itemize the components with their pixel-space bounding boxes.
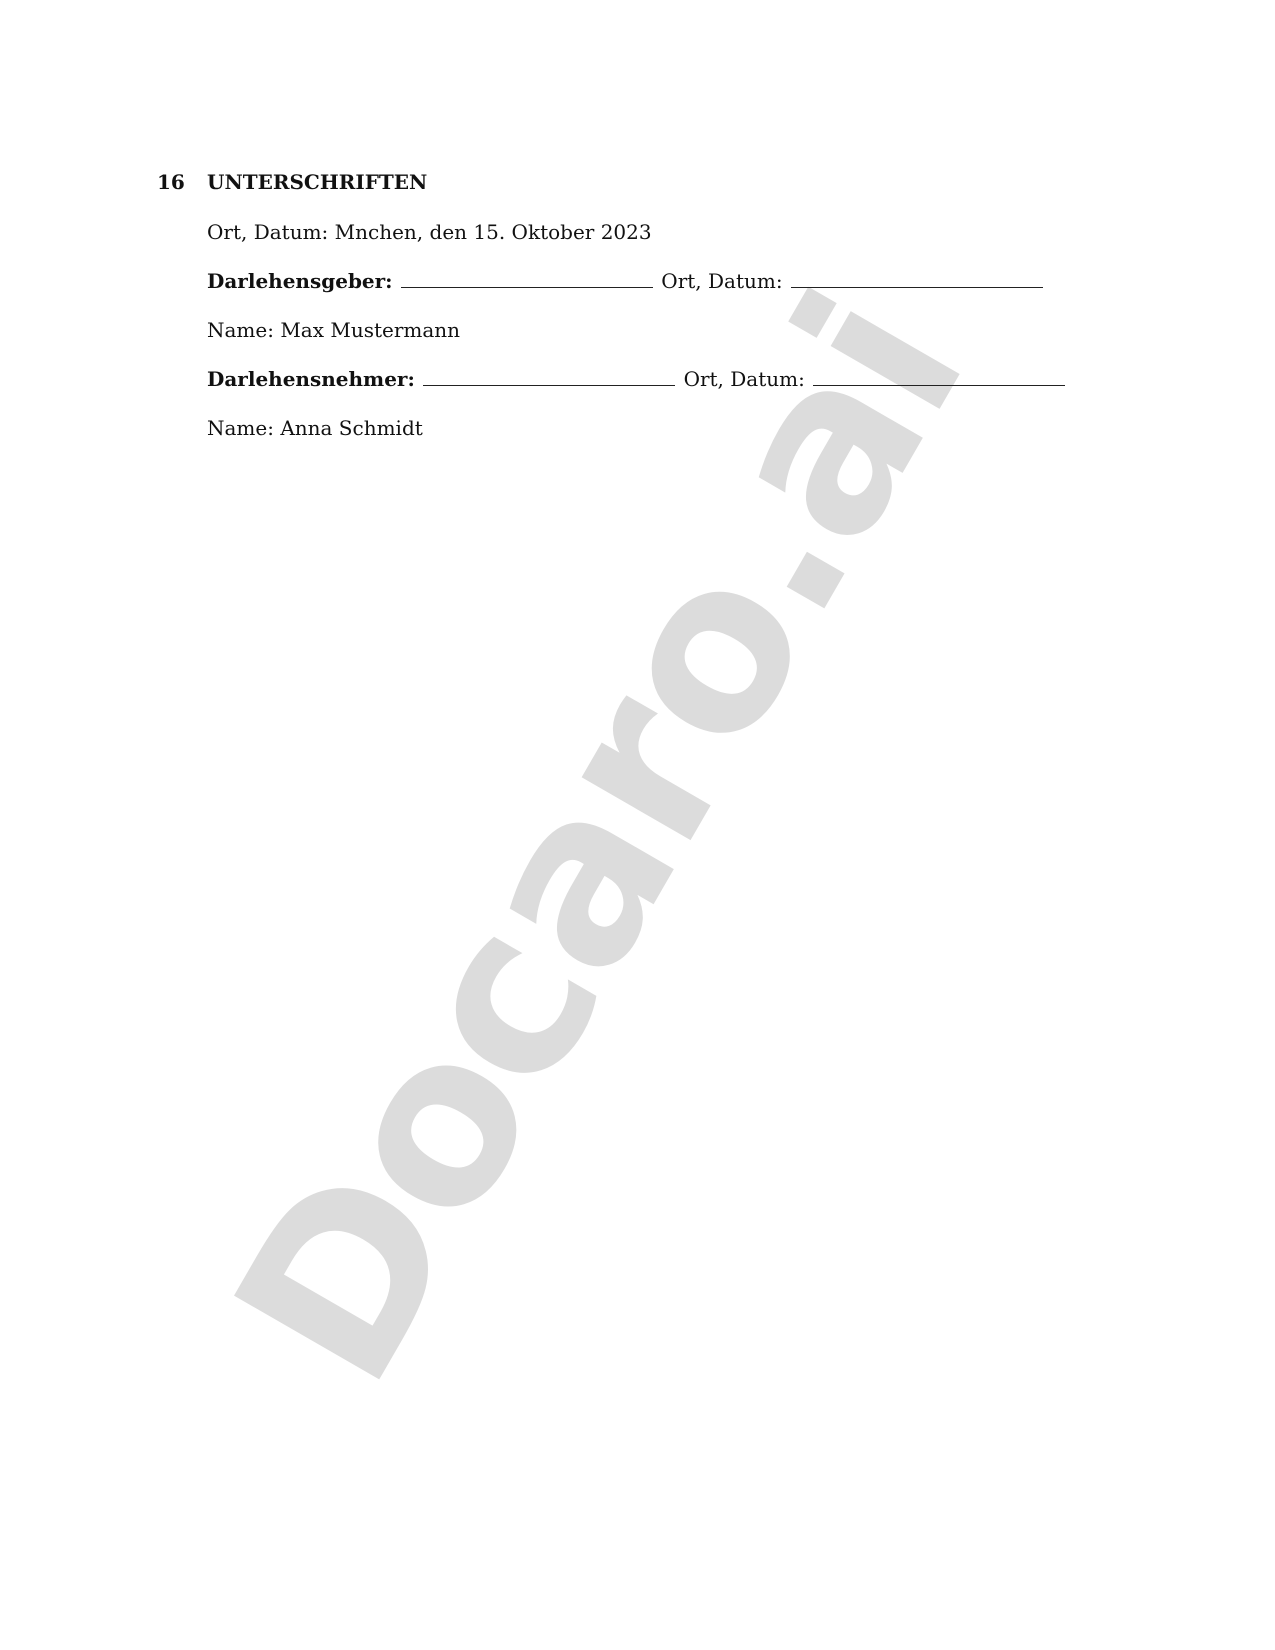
place-date-line: Ort, Datum: Mnchen, den 15. Oktober 2023: [207, 220, 652, 244]
borrower-name: Name: Anna Schmidt: [207, 416, 423, 440]
borrower-place-date-field[interactable]: [813, 367, 1065, 386]
section-number: 16: [157, 170, 207, 194]
borrower-signature-line: Darlehensnehmer: Ort, Datum:: [207, 367, 1067, 391]
lender-signature-field[interactable]: [401, 269, 653, 288]
lender-place-date-label: Ort, Datum:: [661, 269, 782, 293]
lender-signature-line: Darlehensgeber: Ort, Datum:: [207, 269, 1045, 293]
document-page: Docaro.ai 16UNTERSCHRIFTEN Ort, Datum: M…: [0, 0, 1275, 1650]
lender-place-date-field[interactable]: [791, 269, 1043, 288]
lender-label: Darlehensgeber:: [207, 269, 393, 293]
lender-name: Name: Max Mustermann: [207, 318, 460, 342]
borrower-label: Darlehensnehmer:: [207, 367, 415, 391]
borrower-place-date-label: Ort, Datum:: [684, 367, 805, 391]
borrower-signature-field[interactable]: [423, 367, 675, 386]
section-title: UNTERSCHRIFTEN: [207, 170, 427, 194]
section-heading: 16UNTERSCHRIFTEN: [157, 170, 427, 194]
